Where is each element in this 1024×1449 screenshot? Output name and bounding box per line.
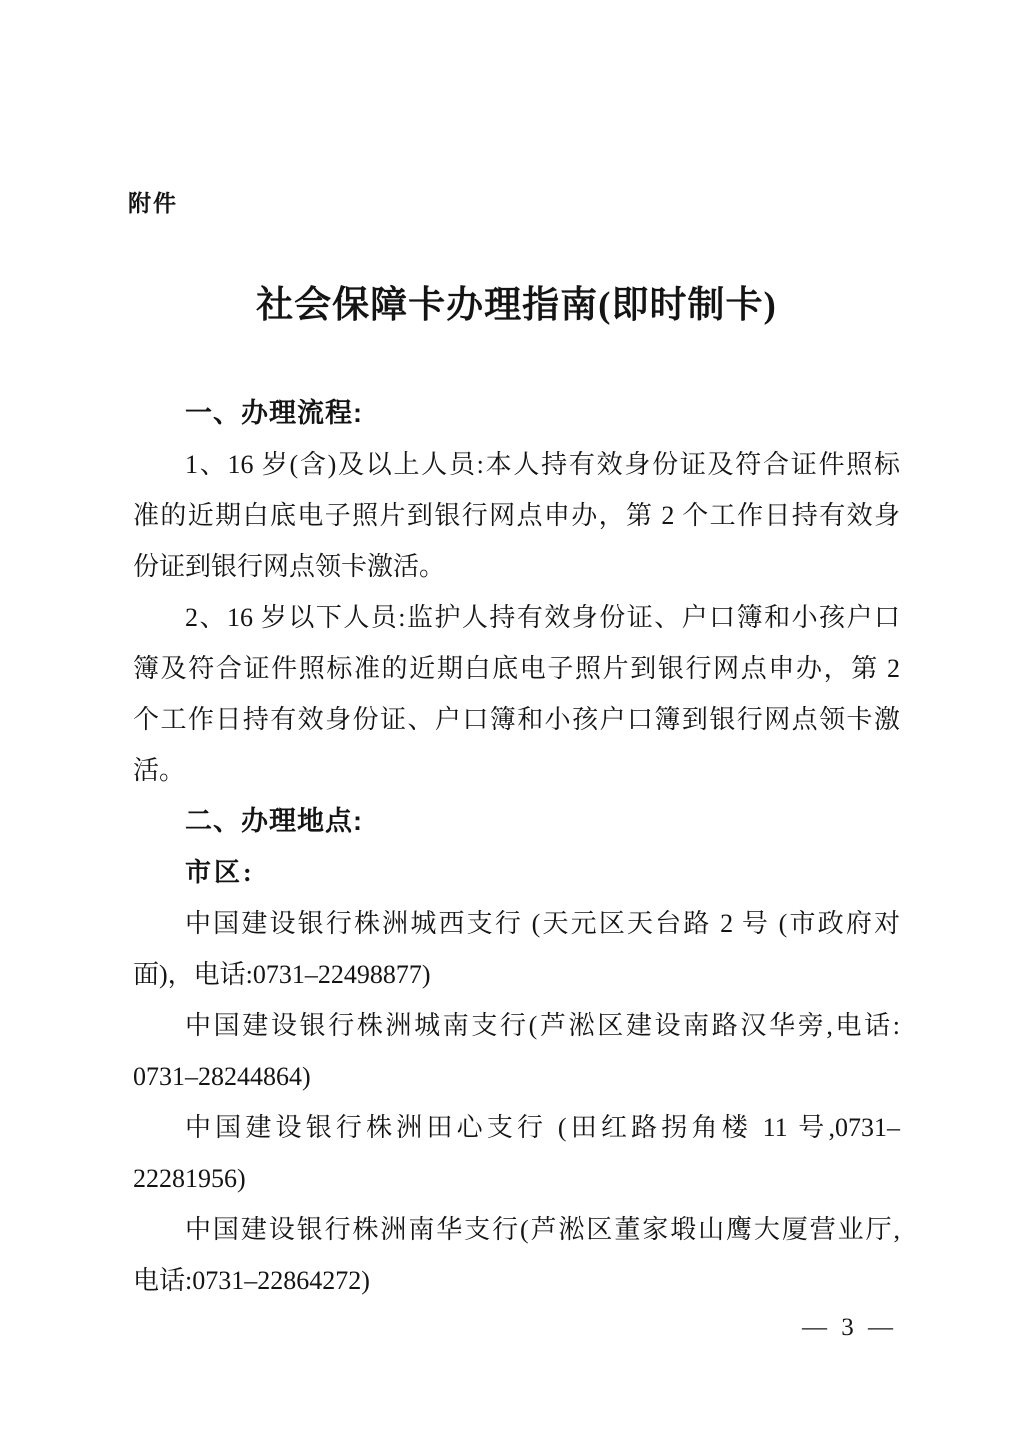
bank-1-line-1: 中国建设银行株洲城西支行 (天元区天台路 2 号 (市政府对 [133,898,900,949]
bank-1-line-2: 面)，电话:0731–22498877) [133,949,900,1000]
document-title: 社会保障卡办理指南(即时制卡) [133,283,900,329]
section-2-heading: 二、办理地点: [133,796,900,847]
bank-3-line-2: 22281956) [133,1153,900,1204]
document-page: 附件 社会保障卡办理指南(即时制卡) 一、办理流程: 1、16 岁(含)及以上人… [0,0,1024,1449]
document-body: 一、办理流程: 1、16 岁(含)及以上人员:本人持有效身份证及符合证件照标 准… [133,388,900,1306]
process-item-2-line-3: 个工作日持有效身份证、户口簿和小孩户口簿到银行网点领卡激 [133,694,900,745]
section-1-heading: 一、办理流程: [133,388,900,439]
process-item-1-line-3: 份证到银行网点领卡激活。 [133,541,900,592]
process-item-2-line-2: 簿及符合证件照标准的近期白底电子照片到银行网点申办，第 2 [133,643,900,694]
attachment-label: 附件 [128,188,178,218]
bank-2-line-2: 0731–28244864) [133,1051,900,1102]
bank-4-line-2: 电话:0731–22864272) [133,1255,900,1306]
bank-3-line-1: 中国建设银行株洲田心支行 (田红路拐角楼 11 号,0731– [133,1102,900,1153]
bank-2-line-1: 中国建设银行株洲城南支行(芦淞区建设南路汉华旁,电话: [133,1000,900,1051]
process-item-2-line-1: 2、16 岁以下人员:监护人持有效身份证、户口簿和小孩户口 [133,592,900,643]
page-number: — 3 — [802,1312,897,1344]
area-label: 市区: [133,847,900,898]
bank-4-line-1: 中国建设银行株洲南华支行(芦淞区董家塅山鹰大厦营业厅, [133,1204,900,1255]
process-item-1-line-2: 准的近期白底电子照片到银行网点申办，第 2 个工作日持有效身 [133,490,900,541]
process-item-1-line-1: 1、16 岁(含)及以上人员:本人持有效身份证及符合证件照标 [133,439,900,490]
process-item-2-line-4: 活。 [133,745,900,796]
